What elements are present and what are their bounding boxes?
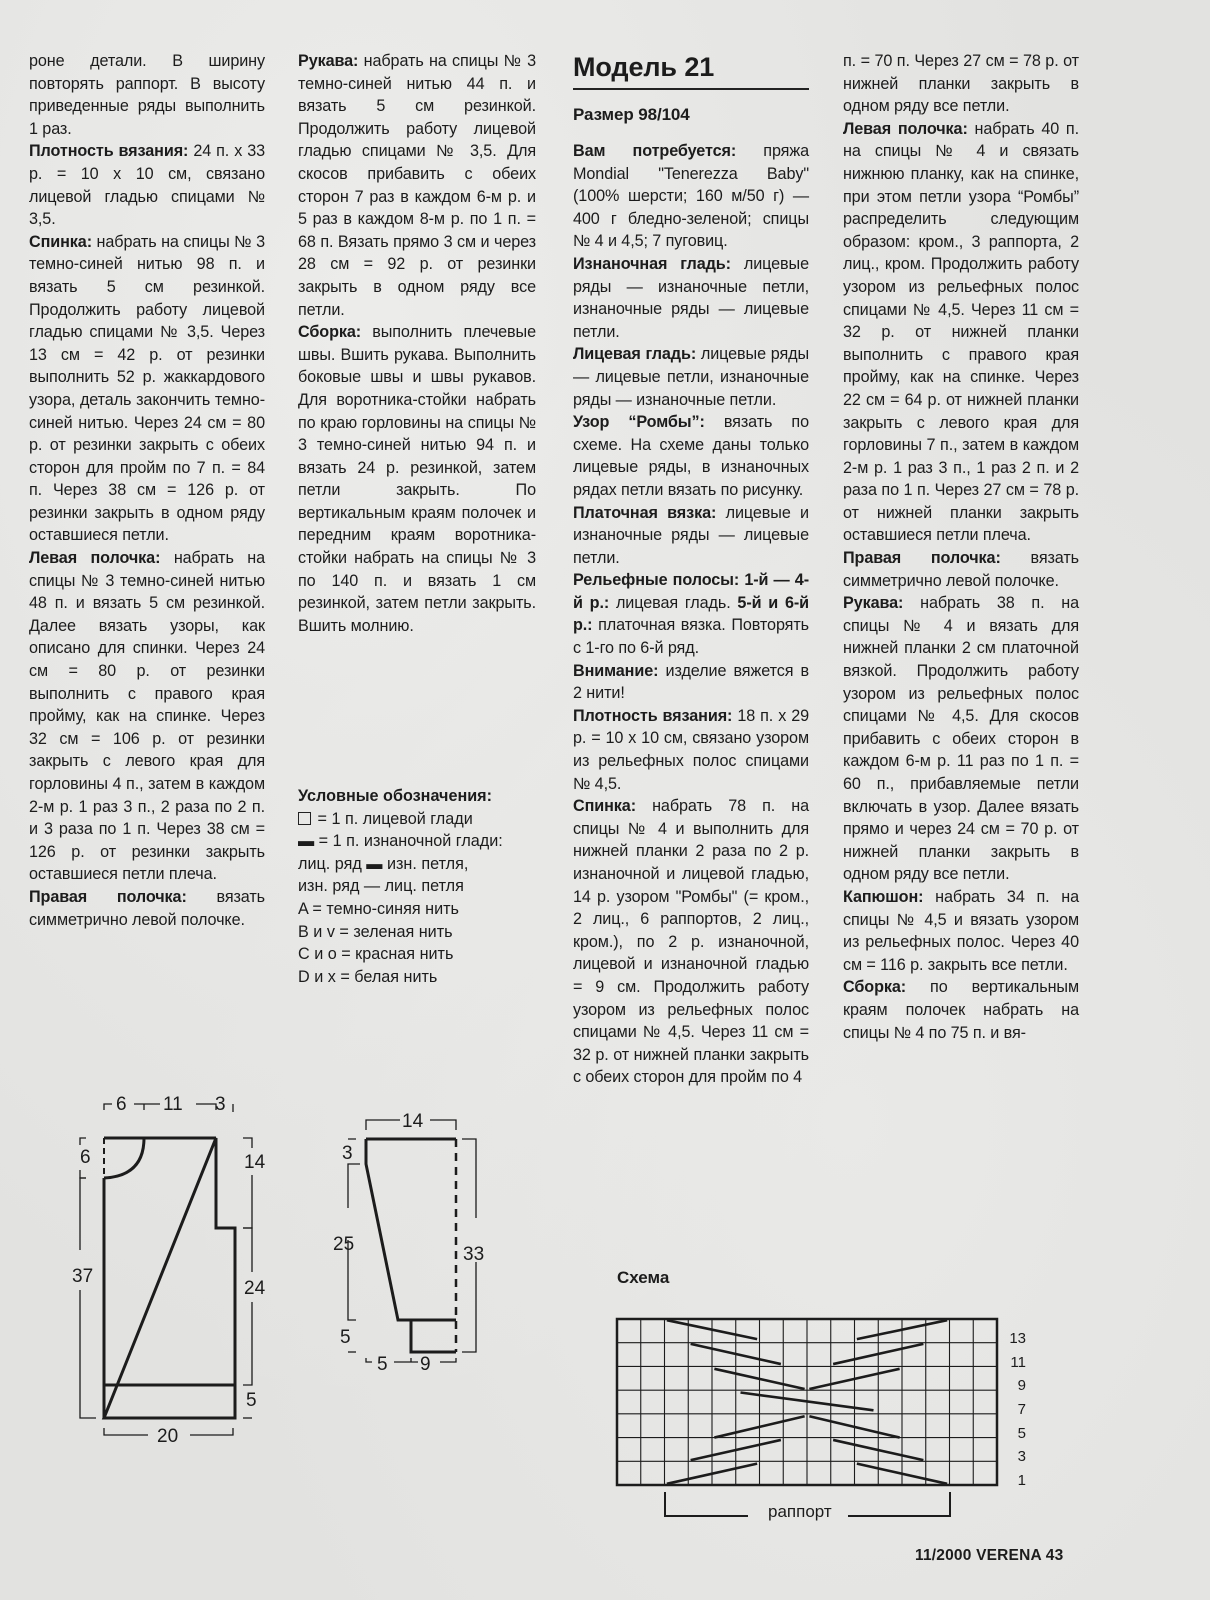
dim-label: 5: [340, 1327, 351, 1348]
dim-label: 3: [342, 1143, 353, 1164]
dim-label: 33: [463, 1244, 484, 1265]
repeat-label: раппорт: [768, 1502, 832, 1522]
dim-label: 24: [244, 1278, 266, 1299]
row-number: 7: [1002, 1401, 1026, 1418]
sleeve-pattern-diagram: [348, 1120, 476, 1362]
dim-label: 20: [157, 1426, 178, 1447]
dim-label: 14: [402, 1111, 424, 1132]
dim-label: 6: [80, 1147, 91, 1168]
dim-label: 37: [72, 1266, 93, 1287]
dim-label: 5: [377, 1354, 388, 1375]
dim-label: 25: [333, 1234, 354, 1255]
row-number: 3: [1002, 1448, 1026, 1465]
row-number: 9: [1002, 1377, 1026, 1394]
dim-label: 6: [116, 1094, 127, 1115]
dim-label: 9: [420, 1354, 431, 1375]
row-number: 11: [1002, 1354, 1026, 1371]
dim-label: 14: [244, 1152, 266, 1173]
knitting-chart-grid: [617, 1319, 997, 1485]
dim-label: 3: [215, 1094, 226, 1115]
row-number: 1: [1002, 1472, 1026, 1489]
row-number: 13: [1002, 1330, 1026, 1347]
schema-title: Схема: [617, 1268, 669, 1288]
dim-label: 5: [246, 1390, 257, 1411]
front-pattern-diagram: [80, 1104, 252, 1435]
diagrams-layer: 6 11 3 6 37 14 24 5 20 14 3 25 5 33 5 9: [0, 0, 1210, 1600]
dim-label: 11: [163, 1094, 183, 1115]
row-number: 5: [1002, 1425, 1026, 1442]
page-footer: 11/2000 VERENA 43: [915, 1547, 1063, 1565]
